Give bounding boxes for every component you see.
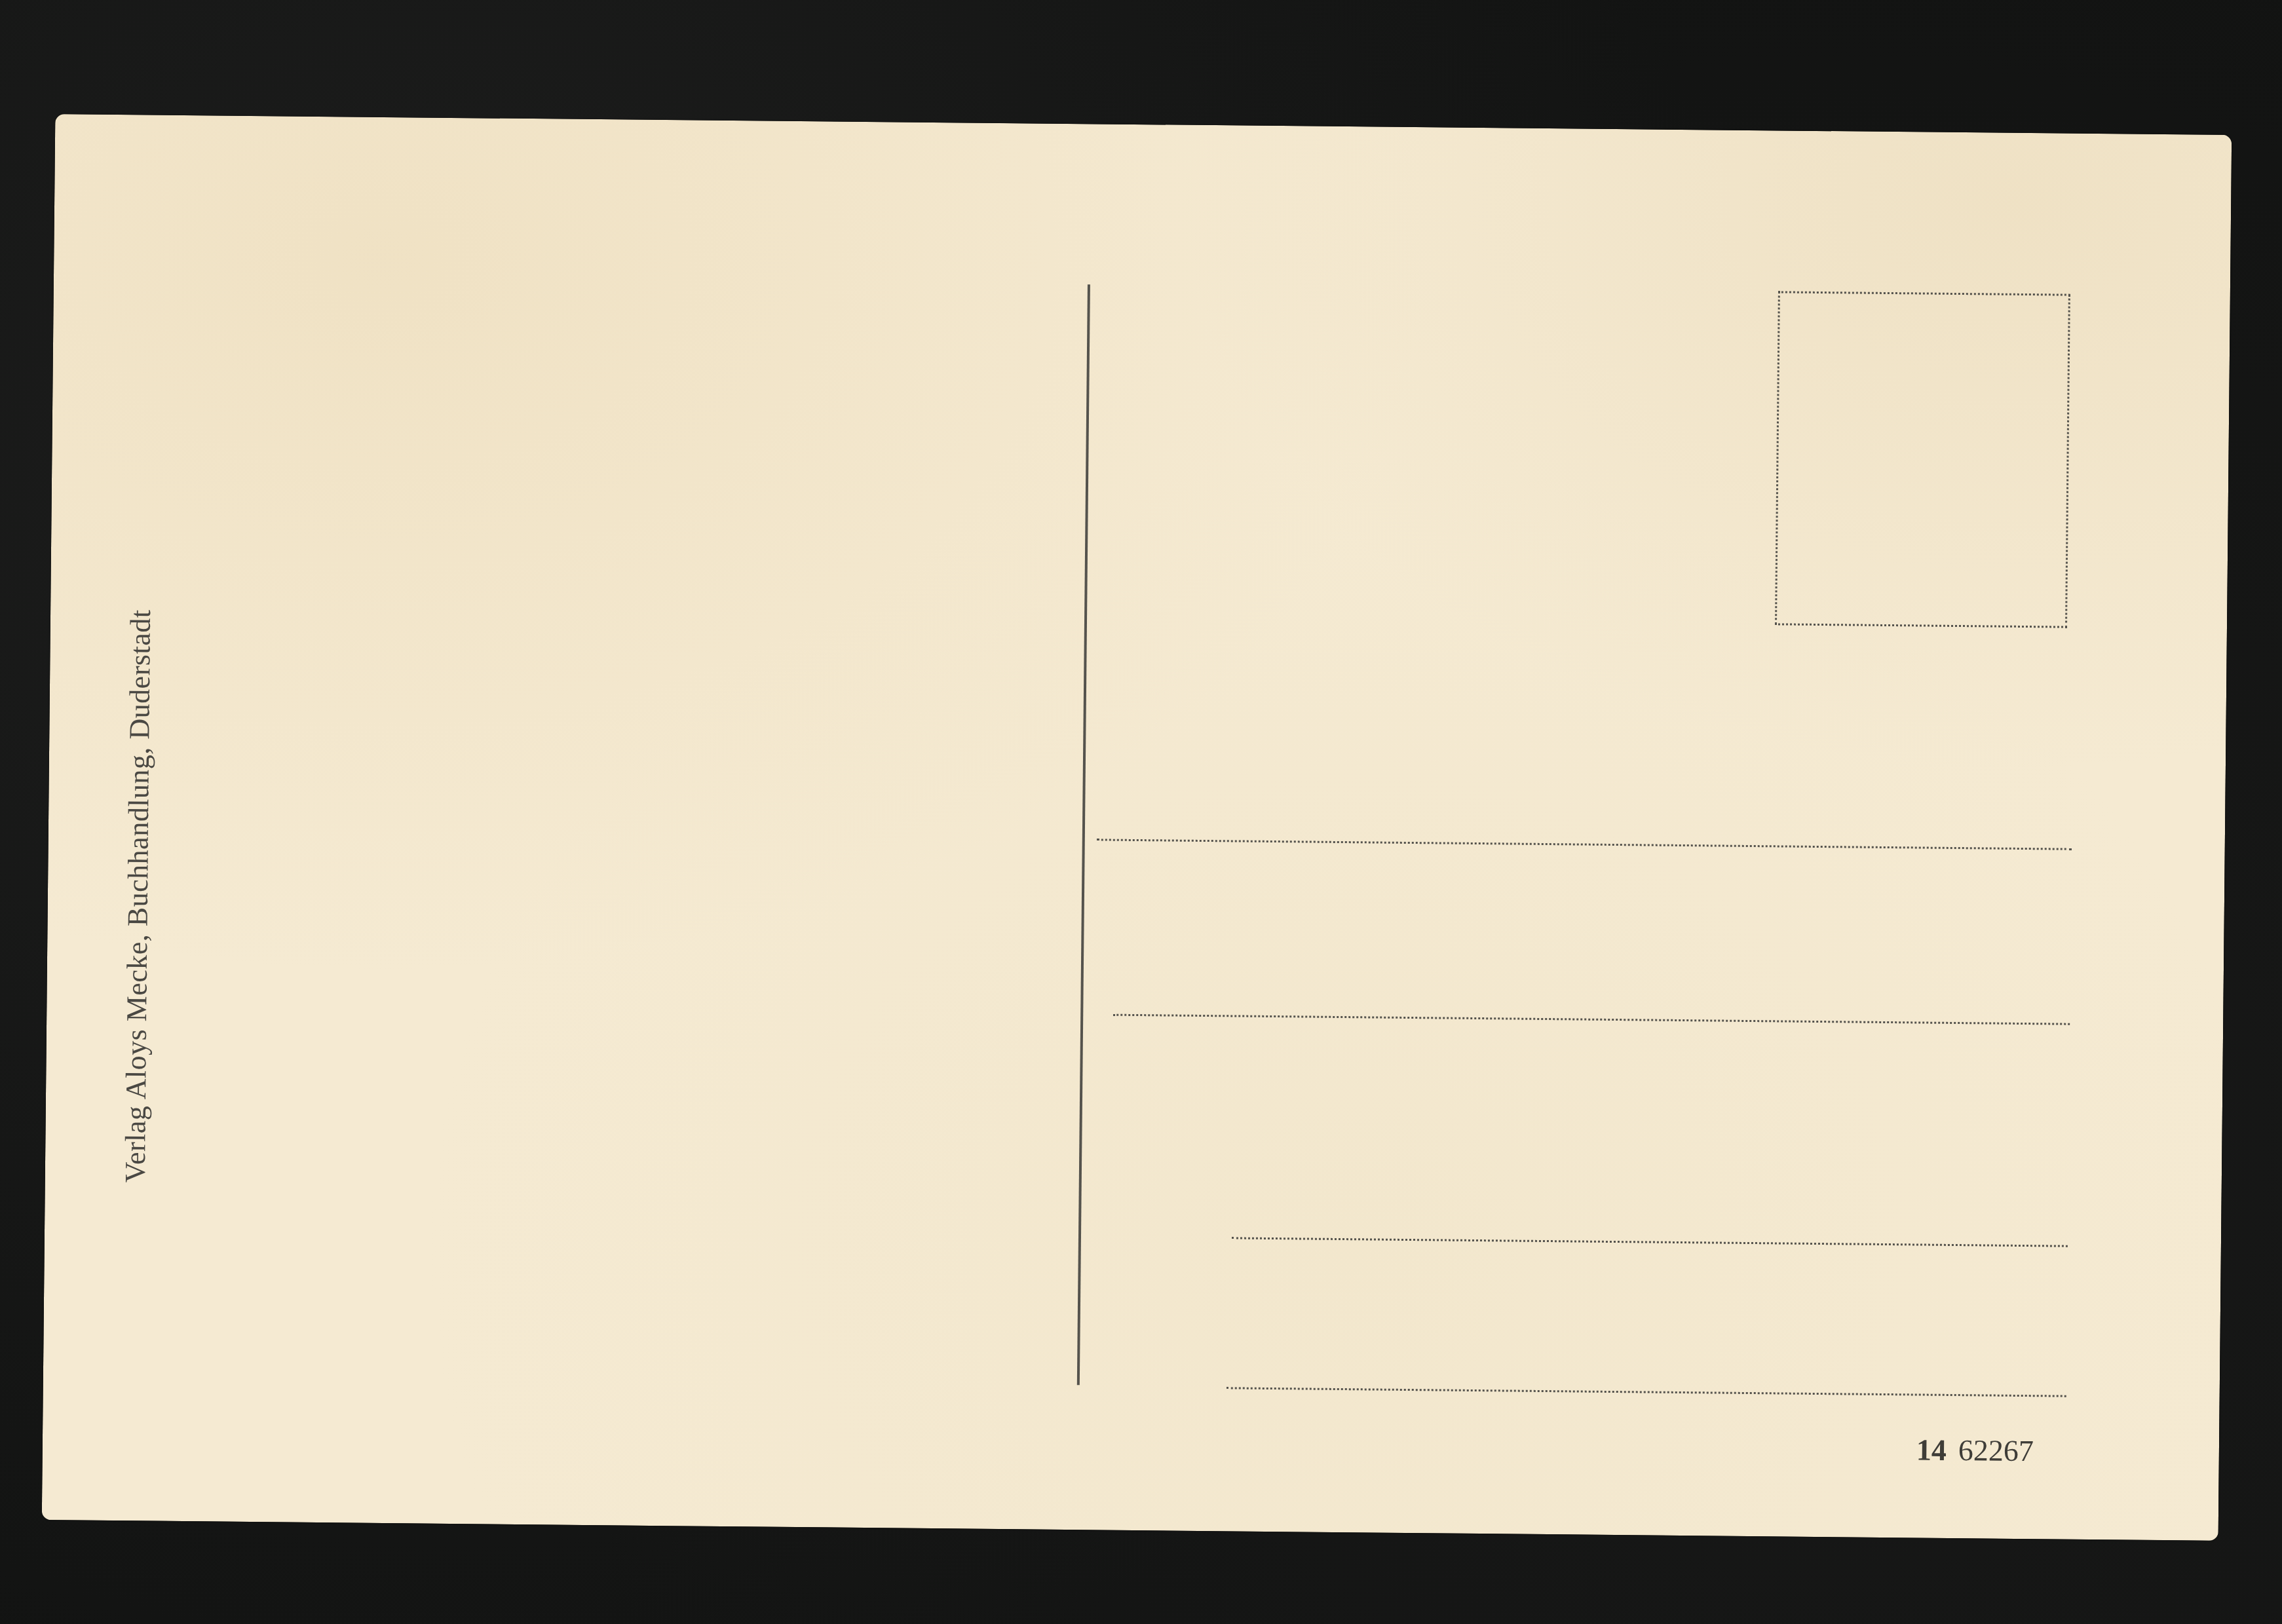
card-catalog-number: 62267 — [1958, 1433, 2034, 1467]
publisher-imprint: Verlag Aloys Mecke, Buchhandlung, Duders… — [119, 609, 157, 1182]
card-series: 14 — [1916, 1433, 1947, 1466]
message-address-divider — [1077, 284, 1090, 1385]
address-line-1 — [1097, 839, 2072, 850]
address-line-3 — [1232, 1237, 2068, 1247]
stamp-placeholder-icon — [1775, 291, 2070, 628]
address-line-4 — [1227, 1387, 2066, 1397]
postcard-back: Verlag Aloys Mecke, Buchhandlung, Duders… — [42, 114, 2232, 1541]
address-line-2 — [1113, 1014, 2070, 1025]
card-number: 1462267 — [1916, 1432, 2034, 1468]
